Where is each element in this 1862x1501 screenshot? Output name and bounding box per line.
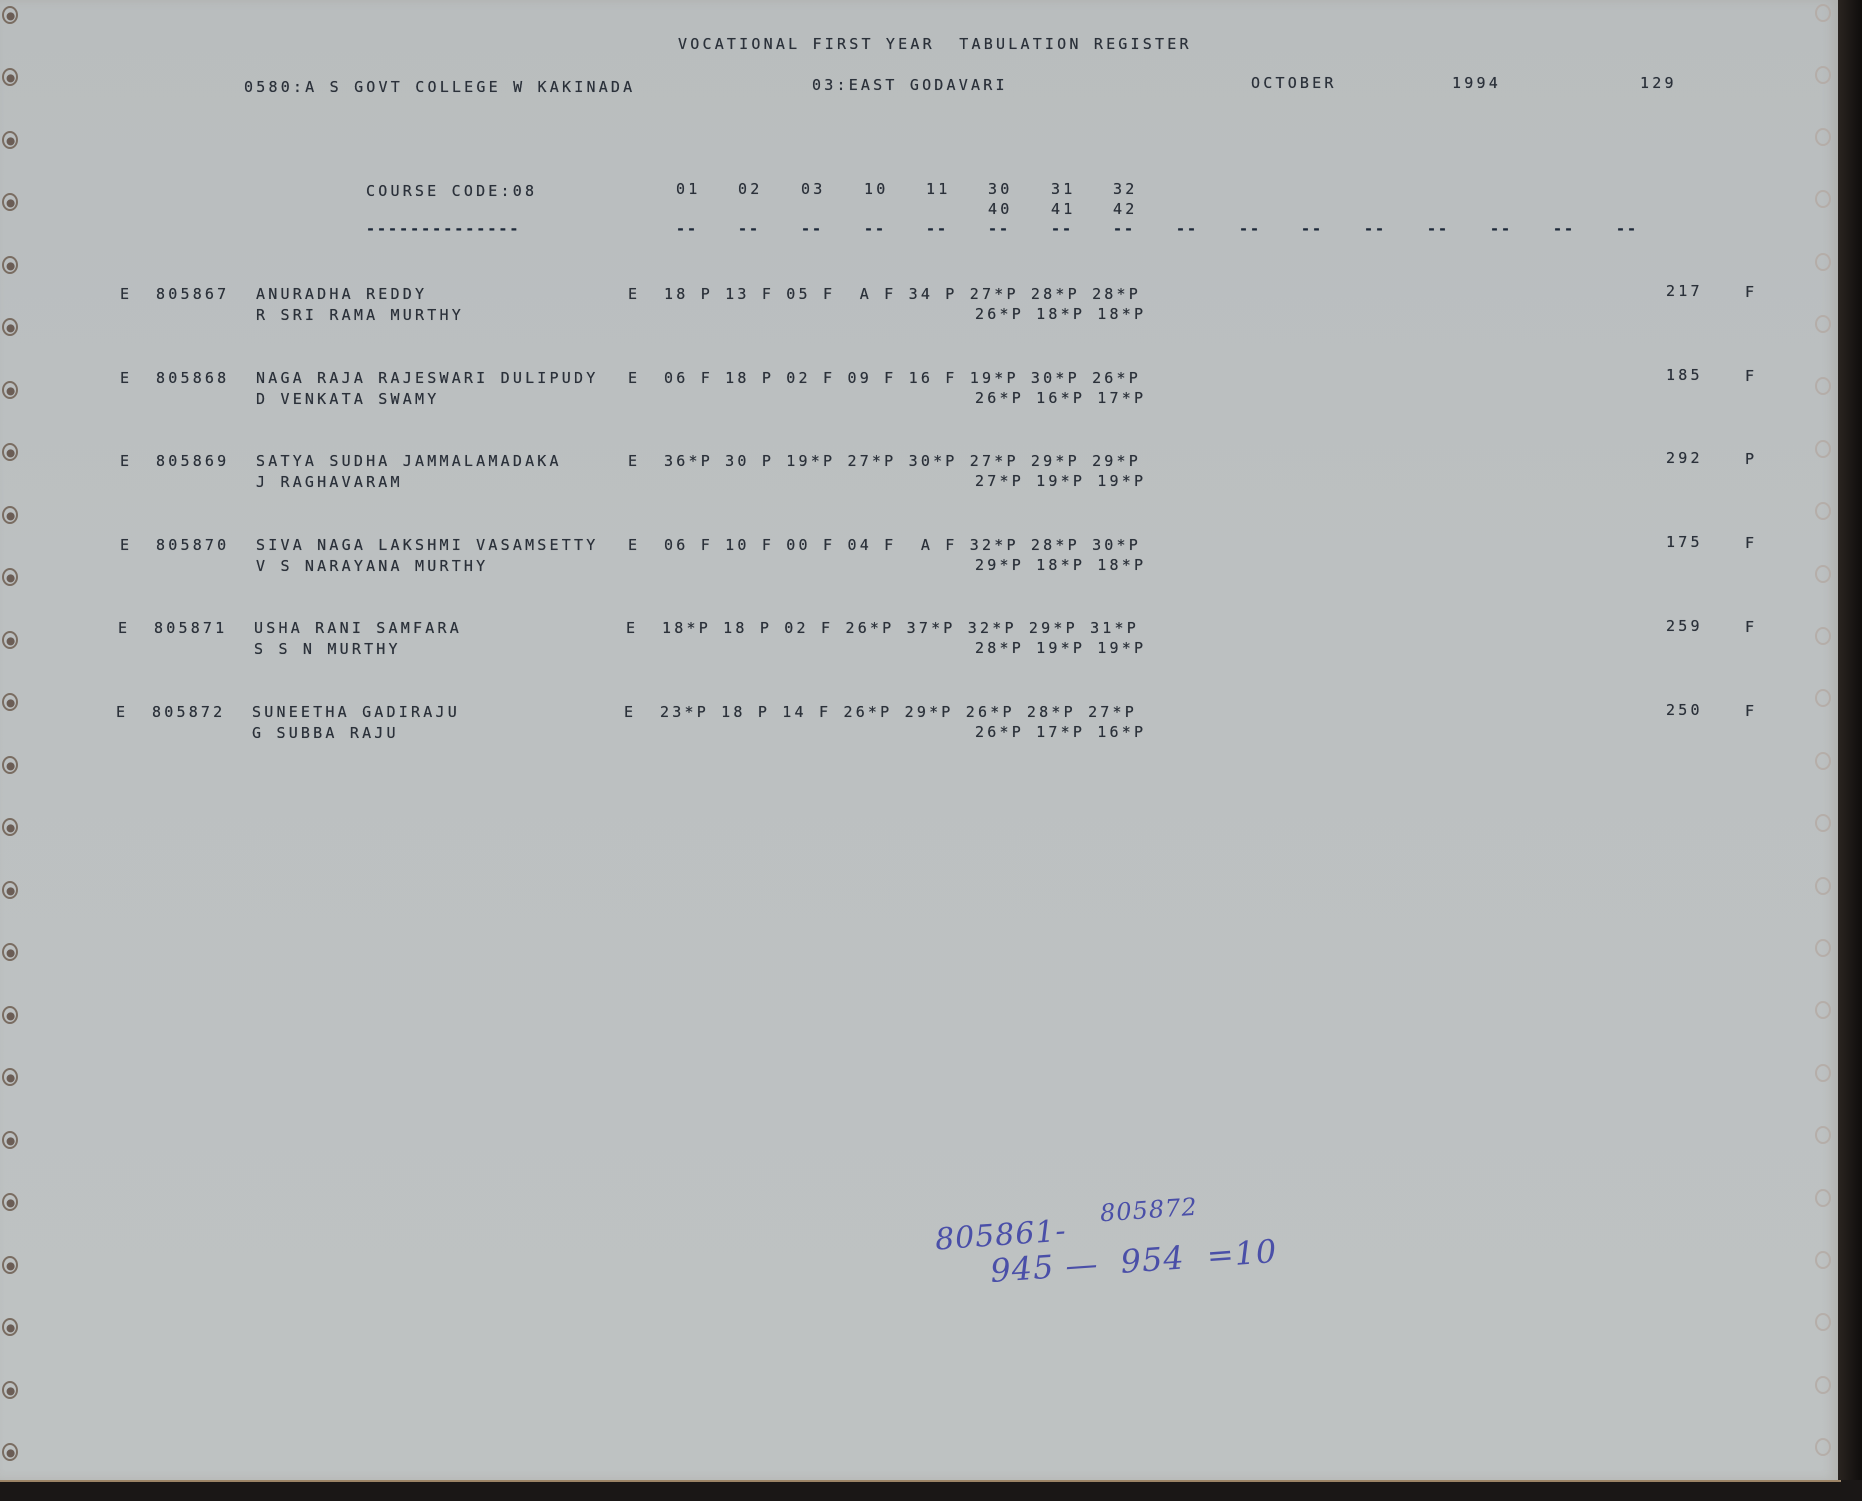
total-marks: 292 [1666, 449, 1703, 467]
binding-hole-icon [2, 1131, 18, 1149]
binding-hole-icon [1815, 752, 1831, 770]
binding-hole-icon [2, 68, 18, 86]
marks-row-2: 26*P 16*P 17*P [975, 389, 1146, 407]
parent-name: V S NARAYANA MURTHY [256, 557, 488, 575]
binding-hole-icon [1815, 1376, 1831, 1394]
result-status: F [1745, 367, 1757, 385]
result-status: F [1745, 702, 1757, 720]
binding-hole-icon [1815, 1251, 1831, 1269]
subject-code: 30 [988, 180, 1012, 198]
student-record: E 805869 SATYA SUDHA JAMMALAMADAKA J RAG… [0, 452, 1838, 492]
page-number: 129 [1640, 74, 1677, 92]
binding-hole-icon [2, 818, 18, 836]
tabulation-register-page: VOCATIONAL FIRST YEAR TABULATION REGISTE… [0, 0, 1841, 1482]
total-marks: 250 [1666, 701, 1703, 719]
marks-row-1: 18 P 13 F 05 F A F 34 P 27*P 28*P 28*P [664, 285, 1141, 303]
student-name: SATYA SUDHA JAMMALAMADAKA [256, 452, 562, 470]
column-dash: -- [988, 220, 1010, 238]
register-title: VOCATIONAL FIRST YEAR TABULATION REGISTE… [678, 35, 1192, 53]
subject-code: 41 [1051, 200, 1075, 218]
binding-hole-icon [2, 6, 18, 24]
marks-row-1: 18*P 18 P 02 F 26*P 37*P 32*P 29*P 31*P [662, 619, 1139, 637]
binding-hole-icon [1815, 66, 1831, 84]
stream-code: E [116, 703, 128, 721]
binding-hole-icon [2, 1256, 18, 1274]
column-dash: -- [738, 220, 760, 238]
column-dash: -- [801, 220, 823, 238]
marks-row-2: 27*P 19*P 19*P [975, 472, 1146, 490]
hall-ticket-number: 805871 [154, 619, 227, 637]
student-record: E 805871 USHA RANI SAMFARA S S N MURTHY … [0, 619, 1838, 659]
student-record: E 805872 SUNEETHA GADIRAJU G SUBBA RAJU … [0, 703, 1838, 743]
binding-hole-icon [2, 1318, 18, 1336]
stream-code: E [120, 369, 132, 387]
binding-hole-icon [1815, 939, 1831, 957]
binding-hole-icon [1815, 190, 1831, 208]
stream-code: E [120, 452, 132, 470]
binding-hole-icon [2, 1381, 18, 1399]
subject-code: 10 [864, 180, 888, 198]
medium-code: E [628, 452, 640, 470]
binding-hole-icon [1815, 1126, 1831, 1144]
column-dash: -- [1427, 220, 1449, 238]
binding-hole-icon [1815, 1001, 1831, 1019]
hall-ticket-number: 805872 [152, 703, 225, 721]
student-name: USHA RANI SAMFARA [254, 619, 462, 637]
binding-hole-icon [1815, 4, 1831, 22]
binding-hole-icon [1815, 253, 1831, 271]
binding-hole-icon [1815, 128, 1831, 146]
column-dash: -- [1176, 220, 1198, 238]
subject-code: 01 [676, 180, 700, 198]
result-status: F [1745, 283, 1757, 301]
student-record: E 805870 SIVA NAGA LAKSHMI VASAMSETTY V … [0, 536, 1838, 576]
subject-code: 32 [1113, 180, 1137, 198]
subject-code: 42 [1113, 200, 1137, 218]
hall-ticket-number: 805867 [156, 285, 229, 303]
column-dash: -- [1113, 220, 1135, 238]
result-status: F [1745, 534, 1757, 552]
binding-hole-icon [2, 1068, 18, 1086]
parent-name: J RAGHAVARAM [256, 473, 403, 491]
column-dash: -- [1364, 220, 1386, 238]
student-record: E 805868 NAGA RAJA RAJESWARI DULIPUDY D … [0, 369, 1838, 409]
subject-code: 03 [801, 180, 825, 198]
medium-code: E [628, 536, 640, 554]
marks-row-1: 06 F 10 F 00 F 04 F A F 32*P 28*P 30*P [664, 536, 1141, 554]
course-code-label: COURSE CODE:08 [366, 182, 537, 200]
binding-hole-icon [1815, 1189, 1831, 1207]
student-record: E 805867 ANURADHA REDDY R SRI RAMA MURTH… [0, 285, 1838, 325]
subject-code: 02 [738, 180, 762, 198]
parent-name: G SUBBA RAJU [252, 724, 399, 742]
medium-code: E [628, 369, 640, 387]
marks-row-1: 23*P 18 P 14 F 26*P 29*P 26*P 28*P 27*P [660, 703, 1137, 721]
parent-name: S S N MURTHY [254, 640, 401, 658]
binding-hole-icon [2, 131, 18, 149]
binding-hole-icon [2, 1006, 18, 1024]
binding-hole-icon [1815, 1438, 1831, 1456]
student-name: SIVA NAGA LAKSHMI VASAMSETTY [256, 536, 598, 554]
total-marks: 259 [1666, 617, 1703, 635]
marks-row-2: 28*P 19*P 19*P [975, 639, 1146, 657]
handwritten-range-end: 805872 [1099, 1193, 1198, 1228]
marks-row-2: 26*P 17*P 16*P [975, 723, 1146, 741]
hall-ticket-number: 805869 [156, 452, 229, 470]
marks-row-2: 29*P 18*P 18*P [975, 556, 1146, 574]
page-edge [1838, 0, 1862, 1480]
stream-code: E [120, 285, 132, 303]
binding-hole-icon [2, 943, 18, 961]
student-name: NAGA RAJA RAJESWARI DULIPUDY [256, 369, 598, 387]
column-dash: -- [1051, 220, 1073, 238]
student-name: SUNEETHA GADIRAJU [252, 703, 460, 721]
column-dash: -- [926, 220, 948, 238]
stream-code: E [118, 619, 130, 637]
exam-month: OCTOBER [1251, 74, 1337, 92]
result-status: P [1745, 450, 1757, 468]
binding-hole-icon [1815, 502, 1831, 520]
binding-hole-icon [2, 881, 18, 899]
district-name: 03:EAST GODAVARI [812, 76, 1008, 94]
column-dash: -- [1553, 220, 1575, 238]
college-name: 0580:A S GOVT COLLEGE W KAKINADA [244, 78, 635, 96]
binding-hole-icon [1815, 814, 1831, 832]
stream-code: E [120, 536, 132, 554]
binding-hole-icon [1815, 877, 1831, 895]
binding-hole-icon [1815, 1313, 1831, 1331]
binding-hole-icon [1815, 1064, 1831, 1082]
medium-code: E [626, 619, 638, 637]
binding-hole-icon [2, 506, 18, 524]
column-dash: -- [1301, 220, 1323, 238]
binding-hole-icon [2, 756, 18, 774]
column-dash: -- [676, 220, 698, 238]
hall-ticket-number: 805868 [156, 369, 229, 387]
binding-hole-icon [2, 1443, 18, 1461]
hall-ticket-number: 805870 [156, 536, 229, 554]
marks-row-2: 26*P 18*P 18*P [975, 305, 1146, 323]
binding-hole-icon [2, 193, 18, 211]
parent-name: D VENKATA SWAMY [256, 390, 439, 408]
column-dash: -- [864, 220, 886, 238]
medium-code: E [624, 703, 636, 721]
column-dash: -- [1616, 220, 1638, 238]
subject-code: 40 [988, 200, 1012, 218]
column-dash: -- [1490, 220, 1512, 238]
student-name: ANURADHA REDDY [256, 285, 427, 303]
binding-hole-icon [2, 1193, 18, 1211]
parent-name: R SRI RAMA MURTHY [256, 306, 464, 324]
subject-code: 31 [1051, 180, 1075, 198]
marks-row-1: 36*P 30 P 19*P 27*P 30*P 27*P 29*P 29*P [664, 452, 1141, 470]
binding-hole-icon [2, 256, 18, 274]
column-dash: -- [1239, 220, 1261, 238]
total-marks: 175 [1666, 533, 1703, 551]
course-code-underline: -------------- [366, 220, 520, 238]
marks-row-1: 06 F 18 P 02 F 09 F 16 F 19*P 30*P 26*P [664, 369, 1141, 387]
medium-code: E [628, 285, 640, 303]
exam-year: 1994 [1452, 74, 1501, 92]
total-marks: 185 [1666, 366, 1703, 384]
total-marks: 217 [1666, 282, 1703, 300]
subject-code: 11 [926, 180, 950, 198]
result-status: F [1745, 618, 1757, 636]
